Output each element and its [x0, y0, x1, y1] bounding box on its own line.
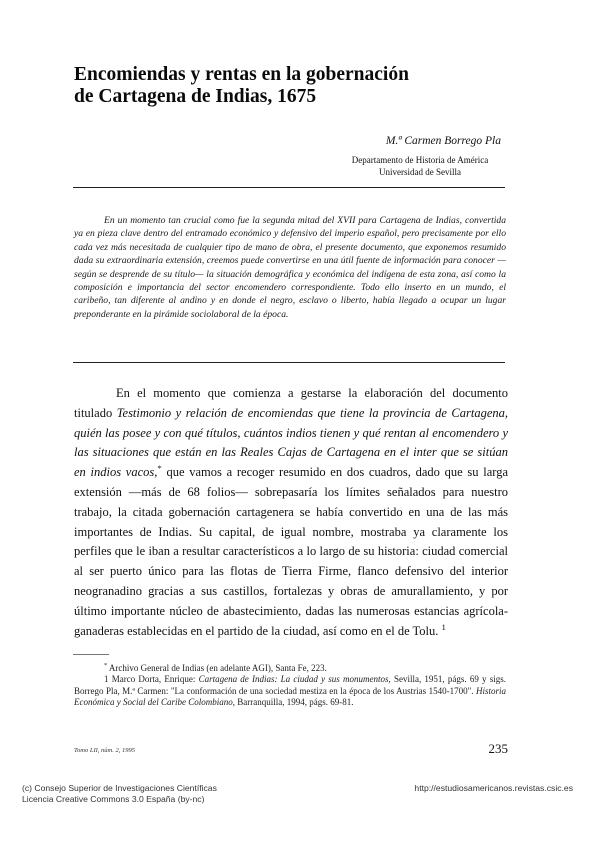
copyright-notice: (c) Consejo Superior de Investigaciones …	[22, 783, 217, 805]
title-line-2: de Cartagena de Indias, 1675	[74, 86, 514, 108]
footnote-cited-title: Cartagena de Indias: La ciudad y sus mon…	[199, 674, 389, 684]
footnote-marker: *	[104, 662, 107, 669]
article-title: Encomiendas y rentas en la gobernación d…	[74, 64, 514, 108]
license-line: Licencia Creative Commons 3.0 España (by…	[22, 794, 217, 805]
footnotes: * Archivo General de Indias (en adelante…	[74, 663, 506, 708]
footnote-ref-1[interactable]: 1	[442, 621, 446, 631]
footnote-star: * Archivo General de Indias (en adelante…	[74, 663, 506, 674]
title-line-1: Encomiendas y rentas en la gobernación	[74, 64, 514, 86]
affiliation-university: Universidad de Sevilla	[330, 166, 510, 178]
footnote-marker: 1	[104, 674, 109, 684]
author-name: M.ª Carmen Borrego Pla	[386, 135, 501, 147]
journal-reference: Tomo LII, núm. 2, 1995	[74, 747, 135, 754]
affiliation-department: Departamento de Historia de América	[330, 154, 510, 166]
copyright-line: (c) Consejo Superior de Investigaciones …	[22, 783, 217, 794]
footnote-1: 1 Marco Dorta, Enrique: Cartagena de Ind…	[74, 674, 506, 708]
footnote-text: Marco Dorta, Enrique:	[112, 674, 199, 684]
body-text-part2: que vamos a recoger resumido en dos cuad…	[74, 465, 508, 637]
page-number: 235	[489, 741, 509, 757]
body-paragraph: En el momento que comienza a gestarse la…	[74, 384, 508, 641]
abstract: En un momento tan crucial como fue la se…	[74, 214, 506, 321]
footnote-text: Archivo General de Indias (en adelante A…	[109, 663, 327, 673]
footnote-separator	[73, 654, 109, 655]
abstract-rule	[73, 362, 505, 363]
journal-url-link[interactable]: http://estudiosamericanos.revistas.csic.…	[414, 783, 573, 794]
header-rule	[73, 187, 505, 188]
author-affiliation: Departamento de Historia de América Univ…	[330, 154, 510, 178]
footnote-text: , Barranquilla, 1994, págs. 69-81.	[233, 697, 354, 707]
